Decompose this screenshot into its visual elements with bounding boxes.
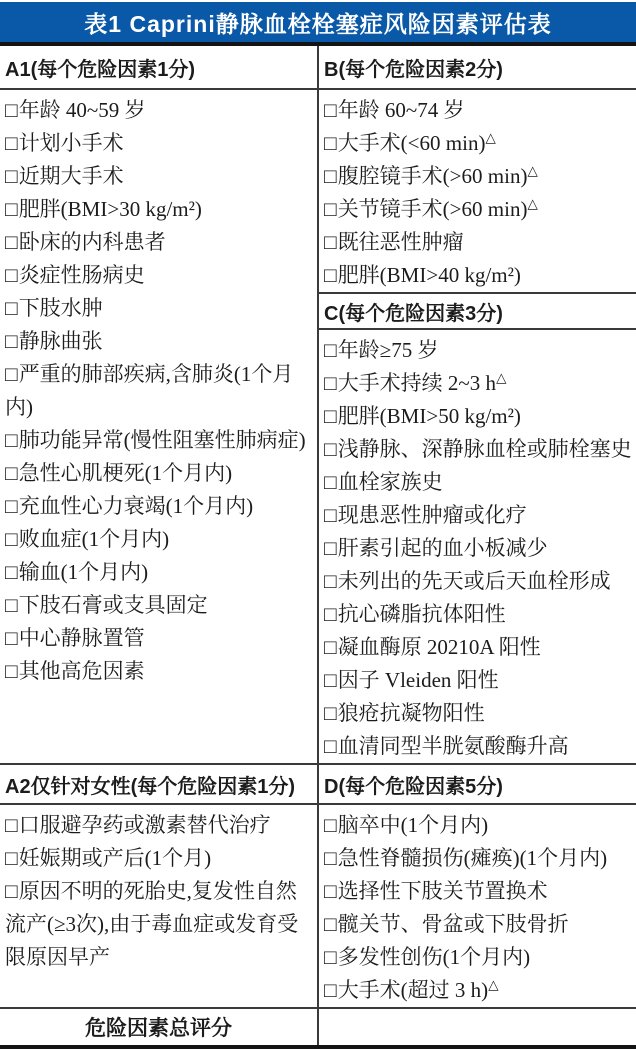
section-b-header: B(每个危险因素2分) bbox=[318, 44, 636, 89]
checkbox-icon[interactable]: □ bbox=[324, 371, 337, 395]
checkbox-icon[interactable]: □ bbox=[324, 164, 337, 188]
risk-factor-item: □狼疮抗凝物阳性 bbox=[324, 697, 633, 730]
risk-factor-item: □败血症(1个月内) bbox=[5, 523, 314, 556]
checkbox-icon[interactable]: □ bbox=[5, 461, 18, 485]
risk-factor-item: □肺功能异常(慢性阻塞性肺病症) bbox=[5, 424, 314, 457]
checkbox-icon[interactable]: □ bbox=[324, 98, 337, 122]
risk-factor-label: 静脉曲张 bbox=[19, 329, 103, 353]
risk-factor-label: 肥胖(BMI>40 kg/m²) bbox=[338, 263, 521, 287]
checkbox-icon[interactable]: □ bbox=[324, 503, 337, 527]
checkbox-icon[interactable]: □ bbox=[324, 945, 337, 969]
risk-factor-label: 关节镜手术(>60 min)△ bbox=[338, 197, 538, 221]
checkbox-icon[interactable]: □ bbox=[324, 668, 337, 692]
risk-factor-item: □其他高危因素 bbox=[5, 655, 314, 688]
checkbox-icon[interactable]: □ bbox=[5, 296, 18, 320]
risk-factor-label: 肝素引起的血小板减少 bbox=[338, 536, 548, 560]
section-a1-header: A1(每个危险因素1分) bbox=[0, 44, 318, 89]
risk-factor-item: □妊娠期或产后(1个月) bbox=[5, 842, 314, 875]
section-b-body: □年龄 60~74 岁□大手术(<60 min)△□腹腔镜手术(>60 min)… bbox=[318, 89, 636, 293]
checkbox-icon[interactable]: □ bbox=[5, 813, 18, 837]
section-c-header: C(每个危险因素3分) bbox=[318, 293, 636, 329]
checkbox-icon[interactable]: □ bbox=[324, 879, 337, 903]
risk-factor-item: □关节镜手术(>60 min)△ bbox=[324, 193, 633, 226]
table-title: 表1 Caprini静脉血栓栓塞症风险因素评估表 bbox=[0, 2, 636, 44]
risk-factor-item: □血栓家族史 bbox=[324, 466, 633, 499]
risk-factor-item: □急性脊髓损伤(瘫痪)(1个月内) bbox=[324, 842, 633, 875]
risk-factor-item: □肥胖(BMI>30 kg/m²) bbox=[5, 193, 314, 226]
risk-factor-label: 中心静脉置管 bbox=[19, 626, 145, 650]
risk-factor-item: □急性心肌梗死(1个月内) bbox=[5, 457, 314, 490]
risk-factor-label: 计划小手术 bbox=[19, 131, 124, 155]
checkbox-icon[interactable]: □ bbox=[324, 536, 337, 560]
checkbox-icon[interactable]: □ bbox=[324, 734, 337, 758]
total-score-value-cell bbox=[318, 1008, 636, 1047]
caprini-risk-table: 表1 Caprini静脉血栓栓塞症风险因素评估表 A1(每个危险因素1分) B(… bbox=[0, 2, 636, 1049]
checkbox-icon[interactable]: □ bbox=[5, 329, 18, 353]
checkbox-icon[interactable]: □ bbox=[5, 197, 18, 221]
risk-factor-label: 肥胖(BMI>50 kg/m²) bbox=[338, 404, 521, 428]
checkbox-icon[interactable]: □ bbox=[324, 701, 337, 725]
checkbox-icon[interactable]: □ bbox=[5, 659, 18, 683]
risk-factor-label: 抗心磷脂抗体阳性 bbox=[338, 602, 506, 626]
risk-factor-label: 狼疮抗凝物阳性 bbox=[338, 701, 485, 725]
risk-factor-label: 原因不明的死胎史,复发性自然流产(≥3次),由于毒血症或发育受限原因早产 bbox=[5, 879, 298, 969]
checkbox-icon[interactable]: □ bbox=[5, 527, 18, 551]
risk-factor-label: 年龄 60~74 岁 bbox=[338, 98, 465, 122]
risk-factor-item: □年龄 40~59 岁 bbox=[5, 94, 314, 127]
risk-factor-label: 年龄 40~59 岁 bbox=[19, 98, 146, 122]
risk-factor-item: □血清同型半胱氨酸酶升高 bbox=[324, 730, 633, 763]
checkbox-icon[interactable]: □ bbox=[5, 164, 18, 188]
risk-factor-item: □肥胖(BMI>50 kg/m²) bbox=[324, 400, 633, 433]
checkbox-icon[interactable]: □ bbox=[5, 879, 18, 903]
risk-factor-item: □脑卒中(1个月内) bbox=[324, 809, 633, 842]
risk-factor-item: □多发性创伤(1个月内) bbox=[324, 941, 633, 974]
checkbox-icon[interactable]: □ bbox=[324, 263, 337, 287]
risk-factor-item: □下肢石膏或支具固定 bbox=[5, 589, 314, 622]
risk-factor-label: 年龄≥75 岁 bbox=[338, 338, 439, 362]
checkbox-icon[interactable]: □ bbox=[5, 846, 18, 870]
checkbox-icon[interactable]: □ bbox=[324, 846, 337, 870]
risk-factor-item: □因子 Vleiden 阳性 bbox=[324, 664, 633, 697]
risk-factor-label: 输血(1个月内) bbox=[19, 560, 149, 584]
risk-factor-item: □抗心磷脂抗体阳性 bbox=[324, 598, 633, 631]
checkbox-icon[interactable]: □ bbox=[324, 635, 337, 659]
checkbox-icon[interactable]: □ bbox=[324, 602, 337, 626]
section-a2-header: A2仅针对女性(每个危险因素1分) bbox=[0, 764, 318, 804]
risk-factor-label: 妊娠期或产后(1个月) bbox=[19, 846, 212, 870]
total-score-label: 危险因素总评分 bbox=[0, 1008, 318, 1047]
checkbox-icon[interactable]: □ bbox=[324, 437, 337, 461]
checkbox-icon[interactable]: □ bbox=[5, 428, 18, 452]
risk-factor-label: 多发性创伤(1个月内) bbox=[338, 945, 531, 969]
checkbox-icon[interactable]: □ bbox=[324, 978, 337, 1002]
risk-factor-label: 肺功能异常(慢性阻塞性肺病症) bbox=[19, 428, 306, 452]
risk-factor-label: 大手术持续 2~3 h△ bbox=[338, 371, 507, 395]
checkbox-icon[interactable]: □ bbox=[324, 338, 337, 362]
risk-factor-item: □严重的肺部疾病,含肺炎(1个月内) bbox=[5, 358, 314, 424]
risk-factor-label: 血清同型半胱氨酸酶升高 bbox=[338, 734, 569, 758]
checkbox-icon[interactable]: □ bbox=[5, 98, 18, 122]
checkbox-icon[interactable]: □ bbox=[5, 230, 18, 254]
risk-factor-label: 脑卒中(1个月内) bbox=[338, 813, 489, 837]
risk-factor-label: 凝血酶原 20210A 阳性 bbox=[338, 635, 541, 659]
risk-factor-label: 大手术(超过 3 h)△ bbox=[338, 978, 499, 1002]
risk-factor-item: □卧床的内科患者 bbox=[5, 226, 314, 259]
section-a1-body: □年龄 40~59 岁□计划小手术□近期大手术□肥胖(BMI>30 kg/m²)… bbox=[0, 89, 318, 764]
section-d-body: □脑卒中(1个月内)□急性脊髓损伤(瘫痪)(1个月内)□选择性下肢关节置换术□髋… bbox=[318, 804, 636, 1008]
risk-factor-item: □大手术(超过 3 h)△ bbox=[324, 974, 633, 1007]
risk-factor-label: 血栓家族史 bbox=[338, 470, 443, 494]
risk-factor-item: □既往恶性肿瘤 bbox=[324, 226, 633, 259]
checkbox-icon[interactable]: □ bbox=[5, 131, 18, 155]
risk-factor-label: 败血症(1个月内) bbox=[19, 527, 170, 551]
checkbox-icon[interactable]: □ bbox=[5, 593, 18, 617]
risk-factor-item: □未列出的先天或后天血栓形成 bbox=[324, 565, 633, 598]
risk-factor-label: 腹腔镜手术(>60 min)△ bbox=[338, 164, 538, 188]
risk-factor-item: □髋关节、骨盆或下肢骨折 bbox=[324, 908, 633, 941]
risk-factor-label: 选择性下肢关节置换术 bbox=[338, 879, 548, 903]
risk-factor-item: □选择性下肢关节置换术 bbox=[324, 875, 633, 908]
risk-factor-label: 未列出的先天或后天血栓形成 bbox=[338, 569, 611, 593]
checkbox-icon[interactable]: □ bbox=[5, 263, 18, 287]
checkbox-icon[interactable]: □ bbox=[324, 813, 337, 837]
risk-factor-label: 下肢石膏或支具固定 bbox=[19, 593, 208, 617]
risk-factor-label: 肥胖(BMI>30 kg/m²) bbox=[19, 197, 202, 221]
risk-factor-item: □大手术持续 2~3 h△ bbox=[324, 367, 633, 400]
risk-factor-item: □浅静脉、深静脉血栓或肺栓塞史 bbox=[324, 433, 633, 466]
risk-factor-label: 充血性心力衰竭(1个月内) bbox=[19, 494, 254, 518]
checkbox-icon[interactable]: □ bbox=[324, 404, 337, 428]
checkbox-icon[interactable]: □ bbox=[5, 362, 18, 386]
risk-factor-label: 其他高危因素 bbox=[19, 659, 145, 683]
checkbox-icon[interactable]: □ bbox=[5, 626, 18, 650]
risk-factor-item: □肥胖(BMI>40 kg/m²) bbox=[324, 259, 633, 292]
checkbox-icon[interactable]: □ bbox=[5, 560, 18, 584]
risk-factor-label: 髋关节、骨盆或下肢骨折 bbox=[338, 912, 569, 936]
risk-factor-label: 口服避孕药或激素替代治疗 bbox=[19, 813, 271, 837]
risk-factor-label: 现患恶性肿瘤或化疗 bbox=[338, 503, 527, 527]
risk-factor-item: □年龄 60~74 岁 bbox=[324, 94, 633, 127]
risk-factor-item: □中心静脉置管 bbox=[5, 622, 314, 655]
section-d-header: D(每个危险因素5分) bbox=[318, 764, 636, 804]
checkbox-icon[interactable]: □ bbox=[324, 569, 337, 593]
checkbox-icon[interactable]: □ bbox=[324, 912, 337, 936]
risk-factor-item: □静脉曲张 bbox=[5, 325, 314, 358]
risk-factor-item: □炎症性肠病史 bbox=[5, 259, 314, 292]
risk-factor-item: □充血性心力衰竭(1个月内) bbox=[5, 490, 314, 523]
risk-factor-item: □口服避孕药或激素替代治疗 bbox=[5, 809, 314, 842]
risk-factor-label: 浅静脉、深静脉血栓或肺栓塞史 bbox=[338, 437, 632, 461]
risk-factor-label: 大手术(<60 min)△ bbox=[338, 131, 496, 155]
risk-factor-item: □现患恶性肿瘤或化疗 bbox=[324, 499, 633, 532]
risk-factor-label: 急性心肌梗死(1个月内) bbox=[19, 461, 233, 485]
section-c-body: □年龄≥75 岁□大手术持续 2~3 h△□肥胖(BMI>50 kg/m²)□浅… bbox=[318, 329, 636, 764]
risk-factor-label: 既往恶性肿瘤 bbox=[338, 230, 464, 254]
risk-factor-item: □凝血酶原 20210A 阳性 bbox=[324, 631, 633, 664]
risk-factor-item: □年龄≥75 岁 bbox=[324, 334, 633, 367]
checkbox-icon[interactable]: □ bbox=[324, 470, 337, 494]
section-a2-body: □口服避孕药或激素替代治疗□妊娠期或产后(1个月)□原因不明的死胎史,复发性自然… bbox=[0, 804, 318, 1008]
checkbox-icon[interactable]: □ bbox=[324, 131, 337, 155]
risk-factor-label: 炎症性肠病史 bbox=[19, 263, 145, 287]
risk-factor-item: □腹腔镜手术(>60 min)△ bbox=[324, 160, 633, 193]
risk-factor-item: □原因不明的死胎史,复发性自然流产(≥3次),由于毒血症或发育受限原因早产 bbox=[5, 875, 314, 974]
risk-factor-item: □下肢水肿 bbox=[5, 292, 314, 325]
risk-factor-item: □大手术(<60 min)△ bbox=[324, 127, 633, 160]
risk-factor-label: 下肢水肿 bbox=[19, 296, 103, 320]
risk-factor-item: □近期大手术 bbox=[5, 160, 314, 193]
checkbox-icon[interactable]: □ bbox=[5, 494, 18, 518]
risk-factor-label: 因子 Vleiden 阳性 bbox=[338, 668, 499, 692]
checkbox-icon[interactable]: □ bbox=[324, 197, 337, 221]
risk-factor-label: 卧床的内科患者 bbox=[19, 230, 166, 254]
risk-factor-item: □肝素引起的血小板减少 bbox=[324, 532, 633, 565]
checkbox-icon[interactable]: □ bbox=[324, 230, 337, 254]
risk-factor-label: 急性脊髓损伤(瘫痪)(1个月内) bbox=[338, 846, 607, 870]
risk-factor-label: 严重的肺部疾病,含肺炎(1个月内) bbox=[5, 362, 293, 419]
risk-factor-label: 近期大手术 bbox=[19, 164, 124, 188]
risk-factor-item: □输血(1个月内) bbox=[5, 556, 314, 589]
risk-factor-item: □计划小手术 bbox=[5, 127, 314, 160]
